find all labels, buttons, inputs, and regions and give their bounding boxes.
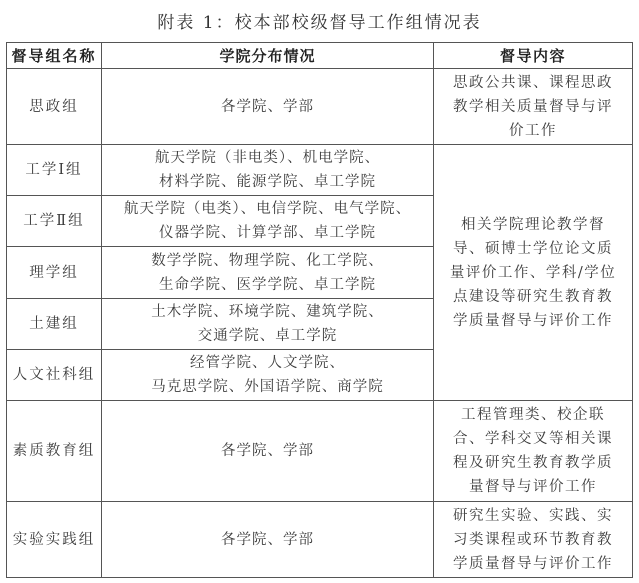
colleges: 航天学院（非电类）、机电学院、 材料学院、能源学院、卓工学院 [101,145,433,196]
colleges: 经管学院、人文学院、 马克思学院、外国语学院、商学院 [101,350,433,401]
colleges: 土木学院、环境学院、建筑学院、 交通学院、卓工学院 [101,299,433,350]
table-row: 工学Ⅰ组 航天学院（非电类）、机电学院、 材料学院、能源学院、卓工学院 相关学院… [7,145,633,196]
supervision-groups-table: 督导组名称 学院分布情况 督导内容 思政组 各学院、学部 思政公共课、课程思政 … [6,42,633,578]
table-header-row: 督导组名称 学院分布情况 督导内容 [7,43,633,69]
group-name: 工学Ⅰ组 [7,145,102,196]
header-colleges: 学院分布情况 [101,43,433,69]
group-name: 工学Ⅱ组 [7,196,102,247]
table-title: 附表 1：校本部校级督导工作组情况表 [0,8,639,33]
content: 工程管理类、校企联 合、学科交叉等相关课 程及研究生教育教学质 量督导与评价工作 [434,401,633,502]
table-row: 思政组 各学院、学部 思政公共课、课程思政 教学相关质量督导与评 价工作 [7,69,633,145]
group-name: 土建组 [7,299,102,350]
colleges: 各学院、学部 [101,69,433,145]
content: 研究生实验、实践、实 习类课程或环节教育教 学质量督导与评价工作 [434,502,633,578]
header-content: 督导内容 [434,43,633,69]
group-name: 人文社科组 [7,350,102,401]
colleges: 各学院、学部 [101,502,433,578]
colleges: 航天学院（电类）、电信学院、电气学院、 仪器学院、计算学部、卓工学院 [101,196,433,247]
table-row: 实验实践组 各学院、学部 研究生实验、实践、实 习类课程或环节教育教 学质量督导… [7,502,633,578]
header-group-name: 督导组名称 [7,43,102,69]
colleges: 各学院、学部 [101,401,433,502]
group-name: 素质教育组 [7,401,102,502]
table-row: 素质教育组 各学院、学部 工程管理类、校企联 合、学科交叉等相关课 程及研究生教… [7,401,633,502]
group-name: 实验实践组 [7,502,102,578]
content: 思政公共课、课程思政 教学相关质量督导与评 价工作 [434,69,633,145]
merged-content: 相关学院理论教学督 导、硕博士学位论文质 量评价工作、学科/学位 点建设等研究生… [434,145,633,401]
group-name: 思政组 [7,69,102,145]
colleges: 数学学院、物理学院、化工学院、 生命学院、医学学院、卓工学院 [101,247,433,299]
group-name: 理学组 [7,247,102,299]
